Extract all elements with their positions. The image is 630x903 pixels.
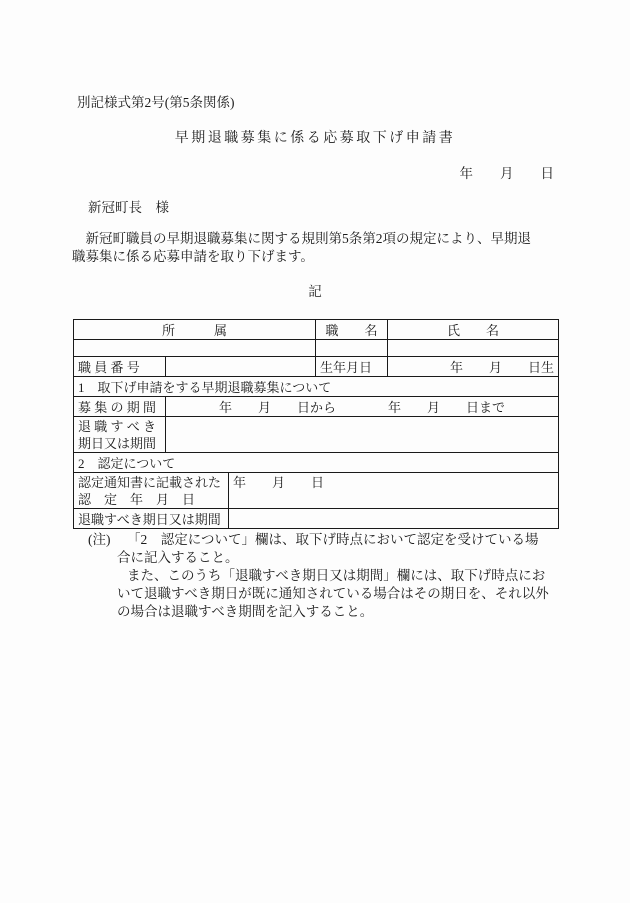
certification-date-row: 認定通知書に記載された 認 定 年 月 日 年 月 日 bbox=[74, 473, 559, 509]
retirement-due-label-line-2: 期日又は期間 bbox=[78, 435, 161, 452]
job-title-input-cell bbox=[316, 340, 388, 357]
note-line-3: また、このうち「退職すべき期日又は期間」欄には、取下げ時点にお bbox=[117, 567, 549, 585]
birth-date-value-cell: 年 月 日生 bbox=[388, 357, 559, 377]
recruitment-period-value-cell: 年 月 日から 年 月 日まで bbox=[166, 397, 559, 417]
job-title-header-cell: 職 名 bbox=[316, 320, 388, 340]
note-line-5: の場合は退職すべき期間を記入すること。 bbox=[117, 603, 549, 621]
certification-date-value: 年 月 日 bbox=[233, 473, 554, 492]
record-mark: 記 bbox=[0, 280, 630, 300]
note-line-2: 合に記入すること。 bbox=[117, 549, 549, 567]
section2-title-row: 2 認定について bbox=[74, 453, 559, 473]
certification-date-label-cell: 認定通知書に記載された 認 定 年 月 日 bbox=[74, 473, 229, 509]
employee-number-label-cell: 職 員 番 号 bbox=[74, 357, 166, 377]
retirement-due-row: 退 職 す べ き 期日又は期間 bbox=[74, 417, 559, 453]
retirement-due2-input-cell bbox=[229, 509, 559, 529]
name-header-cell: 氏 名 bbox=[388, 320, 559, 340]
retirement-due-label-line-1: 退 職 す べ き bbox=[78, 418, 161, 435]
affiliation-header-cell: 所 属 bbox=[74, 320, 316, 340]
birth-date-label-cell: 生年月日 bbox=[316, 357, 388, 377]
retirement-due-input-cell bbox=[166, 417, 559, 453]
section1-title-row: 1 取下げ申請をする早期退職募集について bbox=[74, 377, 559, 397]
form-number: 別記様式第2号(第5条関係) bbox=[77, 91, 235, 111]
body-line-1: 新冠町職員の早期退職募集に関する規則第5条第2項の規定により、早期退 bbox=[72, 230, 531, 248]
employee-number-row: 職 員 番 号 生年月日 年 月 日生 bbox=[74, 357, 559, 377]
document-page: 別記様式第2号(第5条関係) 早期退職募集に係る応募取下げ申請書 年 月 日 新… bbox=[0, 0, 630, 903]
application-table: 所 属 職 名 氏 名 職 員 番 号 生年月日 年 月 日生 1 取下げ申請を… bbox=[73, 319, 559, 529]
note-line-1: 「2 認定について」欄は、取下げ時点において認定を受けている場 bbox=[117, 531, 549, 549]
name-input-cell bbox=[388, 340, 559, 357]
table-header-row: 所 属 職 名 氏 名 bbox=[74, 320, 559, 340]
recruitment-period-label-cell: 募 集 の 期 間 bbox=[74, 397, 166, 417]
table-input-row bbox=[74, 340, 559, 357]
employee-number-input-cell bbox=[166, 357, 316, 377]
certification-date-value-cell: 年 月 日 bbox=[229, 473, 559, 509]
section1-title-cell: 1 取下げ申請をする早期退職募集について bbox=[74, 377, 559, 397]
notes-block: (注) 「2 認定について」欄は、取下げ時点において認定を受けている場 合に記入… bbox=[88, 531, 549, 621]
note-text: 「2 認定について」欄は、取下げ時点において認定を受けている場 合に記入すること… bbox=[117, 531, 549, 621]
document-title: 早期退職募集に係る応募取下げ申請書 bbox=[0, 127, 630, 147]
retirement-due2-label-cell: 退職すべき期日又は期間 bbox=[74, 509, 229, 529]
certification-date-label-line-2: 認 定 年 月 日 bbox=[78, 491, 224, 508]
date-line: 年 月 日 bbox=[460, 162, 555, 182]
affiliation-input-cell bbox=[74, 340, 316, 357]
section2-title-cell: 2 認定について bbox=[74, 453, 559, 473]
certification-date-label-line-1: 認定通知書に記載された bbox=[78, 474, 224, 491]
note-label: (注) bbox=[88, 531, 117, 621]
body-paragraph: 新冠町職員の早期退職募集に関する規則第5条第2項の規定により、早期退 職募集に係… bbox=[72, 230, 531, 266]
addressee: 新冠町長 様 bbox=[88, 196, 169, 216]
retirement-due-label-cell: 退 職 す べ き 期日又は期間 bbox=[74, 417, 166, 453]
recruitment-period-row: 募 集 の 期 間 年 月 日から 年 月 日まで bbox=[74, 397, 559, 417]
body-line-2: 職募集に係る応募申請を取り下げます。 bbox=[72, 248, 531, 266]
retirement-due2-row: 退職すべき期日又は期間 bbox=[74, 509, 559, 529]
note-line-4: いて退職すべき期日が既に通知されている場合はその期日を、それ以外 bbox=[117, 585, 549, 603]
